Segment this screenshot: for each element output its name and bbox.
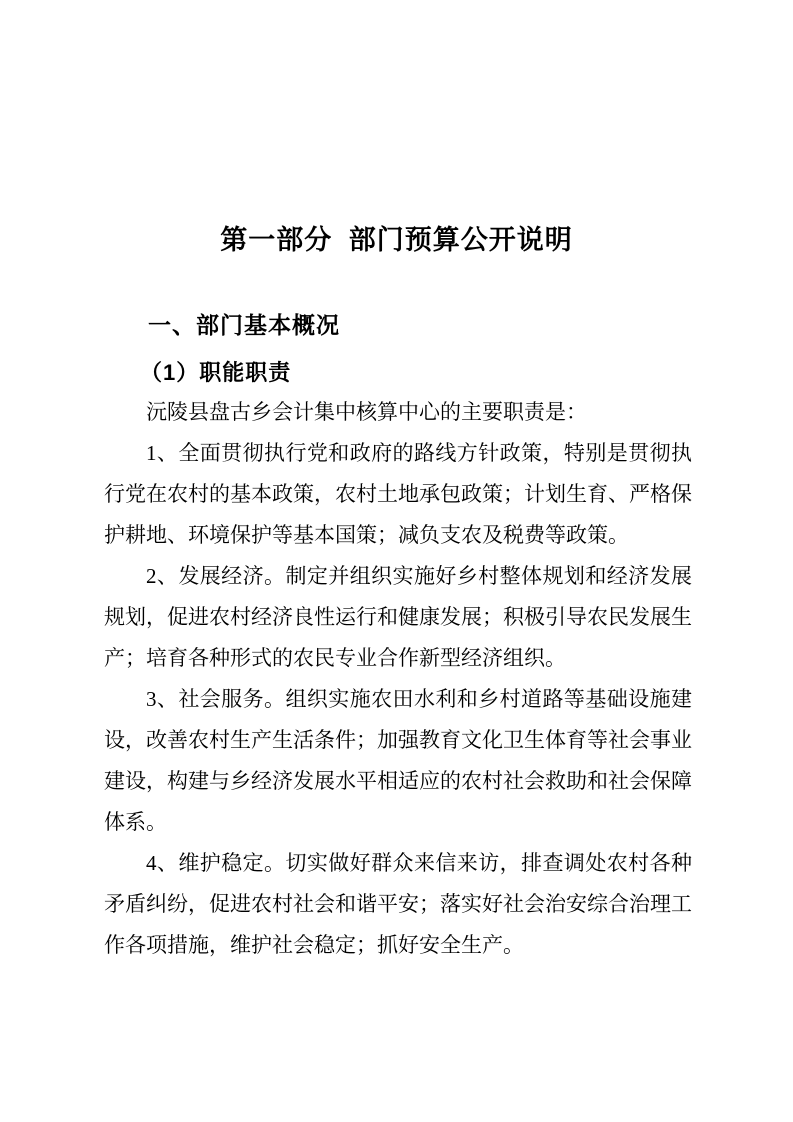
- document-title: 第一部分 部门预算公开说明: [0, 222, 793, 258]
- subsection-heading: （1）职能职责: [140, 357, 291, 389]
- body-paragraph: 1、全面贯彻执行党和政府的路线方针政策，特别是贯彻执行党在农村的基本政策，农村土…: [104, 433, 692, 556]
- body-paragraph: 2、发展经济。制定并组织实施好乡村整体规划和经济发展规划，促进农村经济良性运行和…: [104, 556, 692, 679]
- body-paragraph: 4、维护稳定。切实做好群众来信来访，排查调处农村各种矛盾纠纷，促进农村社会和谐平…: [104, 843, 692, 966]
- body-paragraph: 3、社会服务。组织实施农田水利和乡村道路等基础设施建设，改善农村生产生活条件；加…: [104, 679, 692, 843]
- body-paragraph: 沅陵县盘古乡会计集中核算中心的主要职责是：: [104, 392, 692, 433]
- section-heading: 一、部门基本概况: [148, 309, 340, 341]
- document-page: 第一部分 部门预算公开说明 一、部门基本概况 （1）职能职责 沅陵县盘古乡会计集…: [0, 0, 793, 1122]
- body-paragraphs: 沅陵县盘古乡会计集中核算中心的主要职责是：1、全面贯彻执行党和政府的路线方针政策…: [104, 392, 692, 966]
